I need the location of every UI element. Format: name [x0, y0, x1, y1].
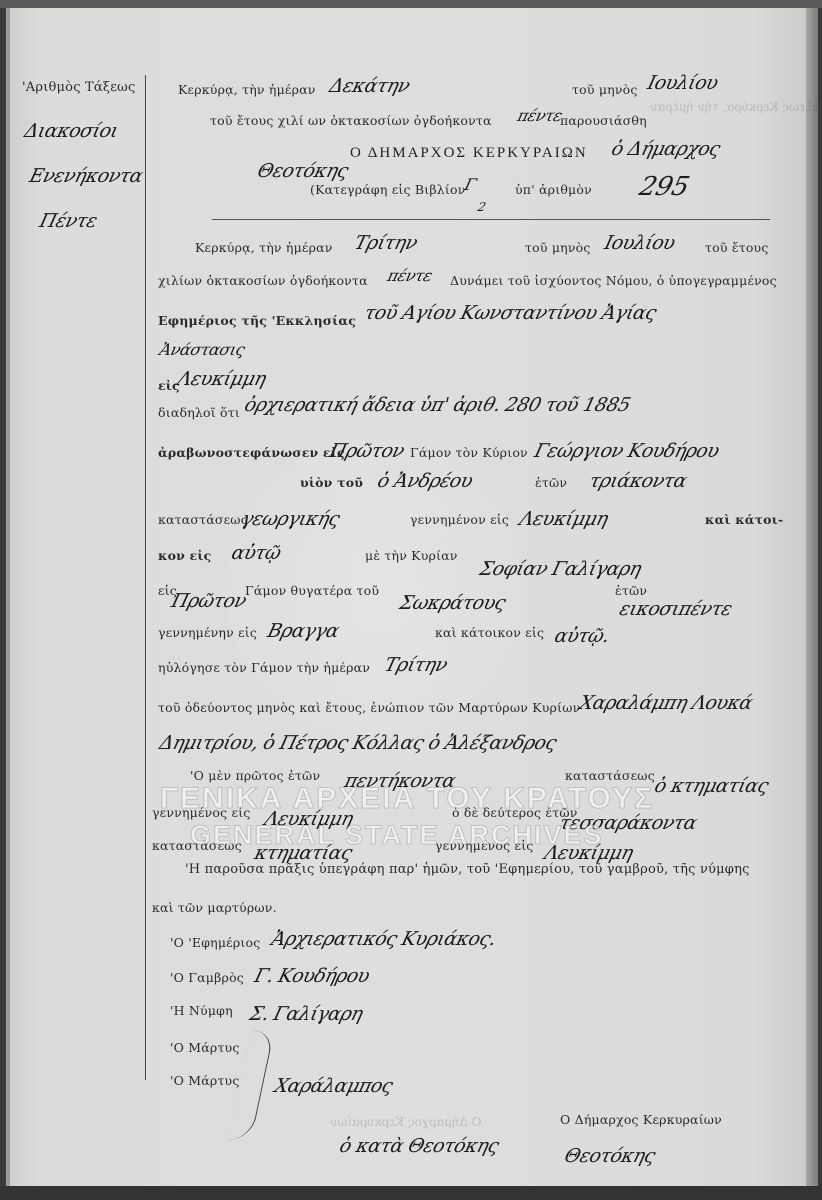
- bride-marriage-hw: Πρῶτον: [169, 590, 248, 612]
- reg-year-hw: πέντε: [516, 106, 565, 125]
- married-label: ἀραβωνοστεφάνωσεν εἰς: [158, 445, 345, 460]
- closing-statement: 'Η παροῦσα πρᾶξις ὑπεγράφη παρ' ἡμῶν, το…: [185, 862, 750, 877]
- section-separator: [212, 219, 770, 220]
- bride-residence-hw: αὐτῷ.: [552, 625, 611, 647]
- official-title: Ο ΔΗΜΑΡΧΟΣ ΚΕΡΚΥΡΑΙΩΝ: [350, 145, 588, 162]
- scan-top-edge: [0, 0, 822, 8]
- resident-label: καὶ κάτοι-: [705, 512, 783, 527]
- act-year-hw: πέντε: [386, 266, 435, 285]
- bride-age-label: ἐτῶν: [615, 583, 647, 598]
- act-l1-prefix: Κερκύρᾳ, τὴν ἡμέραν: [195, 240, 333, 255]
- column-divider: [145, 75, 146, 1080]
- groom-marriage-hw: Πρῶτον: [327, 440, 406, 462]
- daughter-of-label: Γάμον θυγατέρα τοῦ: [245, 583, 379, 598]
- church-hw: τοῦ Αγίου Κωνσταντίνου Ἀγίας: [362, 302, 658, 324]
- act-year-label: τοῦ ἔτους: [705, 240, 769, 255]
- act-l2-suffix: Δυνάμει τοῦ ἰσχύοντος Νόμου, ὁ ὑπογεγραμ…: [450, 273, 777, 288]
- groom-age-label: ἐτῶν: [535, 475, 567, 490]
- groom-status-label: καταστάσεως: [158, 512, 248, 527]
- order-number-hw-3: Πέντε: [37, 210, 99, 232]
- act-month-label: τοῦ μηνὸς: [525, 240, 591, 255]
- sig-witness2-hw: Χαράλαμπος: [272, 1075, 395, 1097]
- act-month-hw: Ιουλίου: [602, 232, 677, 254]
- groom-born-hw: Λευκίμμη: [517, 508, 610, 530]
- order-number-header: 'Αριθμὸς Τάξεως: [22, 80, 135, 95]
- groom-father-hw: ὁ Ἀνδρέου: [375, 470, 475, 492]
- sig-groom-hw: Γ. Κουδήρου: [252, 965, 371, 987]
- bride-resident-label: καὶ κάτοικον εἰς: [435, 625, 544, 640]
- archive-watermark-english: GENERAL STATE ARCHIVES: [190, 820, 604, 851]
- witnesses-label: τοῦ ὀδεύοντος μηνὸς καὶ ἔτους, ἐνώπιον τ…: [158, 700, 580, 715]
- act-day-hw: Τρίτην: [352, 232, 419, 254]
- groom-name-hw: Γεώργιον Κουδήρου: [532, 440, 721, 462]
- sig-groom-label: 'Ο Γαμβρὸς: [170, 970, 244, 985]
- first-witness-age-label: 'Ο μὲν πρῶτος ἐτῶν: [190, 768, 320, 783]
- reg-month-label: τοῦ μηνὸς: [572, 82, 638, 97]
- declares-label: διαδηλοῖ ὅτι: [158, 405, 240, 420]
- sig-bride-label: 'Η Νύμφη: [170, 1003, 233, 1018]
- sig-bride-hw: Σ. Γαλίγαρη: [247, 1003, 365, 1025]
- first-witness-status-label: καταστάσεως: [565, 768, 655, 783]
- groom-born-label: γεννημένον εἰς: [410, 512, 509, 527]
- reg-line2-prefix: τοῦ ἔτους χιλί ων ὀκτακοσίων ὀγδοήκοντα: [210, 113, 492, 128]
- bride-born-hw: Βραγγα: [265, 620, 341, 642]
- closing-statement-2: καὶ τῶν μαρτύρων.: [152, 900, 277, 915]
- groom-label: Γάμον τὸν Κύριον: [410, 445, 528, 460]
- license-hw: ὀρχιερατική ἄδεια ὑπ' ἀριθ. 280 τοῦ 1885: [242, 394, 632, 416]
- groom-residence-hw: αὐτῷ: [229, 542, 283, 564]
- act-l2-prefix: χιλίων ὀκτακοσίων ὀγδοήκοντα: [158, 273, 368, 288]
- reg-month-hw: Ιουλίου: [645, 72, 720, 94]
- mayor-label: Ο Δήμαρχος Κερκυραίων: [560, 1112, 722, 1127]
- resident-in-label: κον εἰς: [158, 548, 211, 563]
- groom-status-hw: γεωργικής: [239, 508, 342, 530]
- groom-age-hw: τριάκοντα: [587, 470, 689, 492]
- priest-church-label: Εφημέριος τῆς 'Εκκλησίας: [158, 313, 356, 328]
- church-hw-2: Ἀνάστασις: [158, 340, 247, 359]
- order-number-hw-1: Διακοσίοι: [22, 120, 120, 142]
- blessed-label: ηὐλόγησε τὸν Γάμον τὴν ἡμέραν: [158, 660, 370, 675]
- register-number-hw: 295: [636, 172, 692, 202]
- official-signature-hw: Θεοτόκης: [255, 160, 350, 182]
- reg-day-hw: Δεκάτην: [327, 75, 412, 97]
- sig-witness1-label: 'Ο Μάρτυς: [170, 1040, 240, 1055]
- reg-line1-prefix: Κερκύρᾳ, τὴν ἡμέραν: [178, 82, 316, 97]
- first-witness-status-hw: ὁ κτηματίας: [652, 775, 770, 797]
- mayor-signature-hw: Θεοτόκης: [562, 1145, 657, 1167]
- son-of-label: υἱὸν τοῦ: [300, 475, 363, 490]
- mayor-note-hw: ὁ κατὰ Θεοτόκης: [337, 1135, 501, 1157]
- blessed-day-hw: Τρίτην: [382, 654, 449, 676]
- place-hw: Λευκίμμη: [175, 368, 268, 390]
- order-number-hw-2: Ενενήκοντα: [27, 165, 145, 187]
- witnesses-hw: Δημιτρίου, ὁ Πέτρος Κόλλας ὁ Ἀλέξανδρος: [157, 732, 558, 754]
- bride-name-hw: Σοφίαν Γαλίγαρη: [477, 558, 643, 580]
- bleed-through-text: Αριθμὸς Τάξεως Κερκύρᾳ, τὴν ἡμέραν: [650, 100, 822, 114]
- book-binding: [806, 8, 818, 1186]
- register-number-label: ὑπ' ἀριθμὸν: [515, 182, 592, 197]
- bride-father-hw: Σωκράτους: [397, 592, 508, 614]
- bride-age-hw: εικοσιπέντε: [617, 598, 734, 620]
- bride-born-label: γεννημένην εἰς: [158, 625, 257, 640]
- reg-presented-label: παρουσιάσθη: [560, 113, 647, 128]
- sig-priest-hw: Ἀρχιερατικός Κυριάκος.: [269, 928, 498, 950]
- register-label: (Κατεγράφη εἰς Βιβλίον: [310, 182, 466, 197]
- bleed-through-text: Ο Δήμαρχος Κερκυραίων: [330, 1115, 481, 1129]
- official-hw: ὁ Δήμαρχος: [609, 138, 722, 160]
- witness1-hw: Χαραλάμπη Λουκά: [577, 692, 754, 714]
- bride-label: μὲ τὴν Κυρίαν: [365, 548, 458, 563]
- scan-bottom-edge: [0, 1186, 822, 1200]
- sig-witness2-label: 'Ο Μάρτυς: [170, 1073, 240, 1088]
- archive-watermark-greek: ΓΕΝΙΚΑ ΑΡΧΕΙΑ ΤΟΥ ΚΡΑΤΟΥΣ: [160, 782, 654, 816]
- sig-priest-label: 'Ο 'Εφημέριος: [170, 935, 260, 950]
